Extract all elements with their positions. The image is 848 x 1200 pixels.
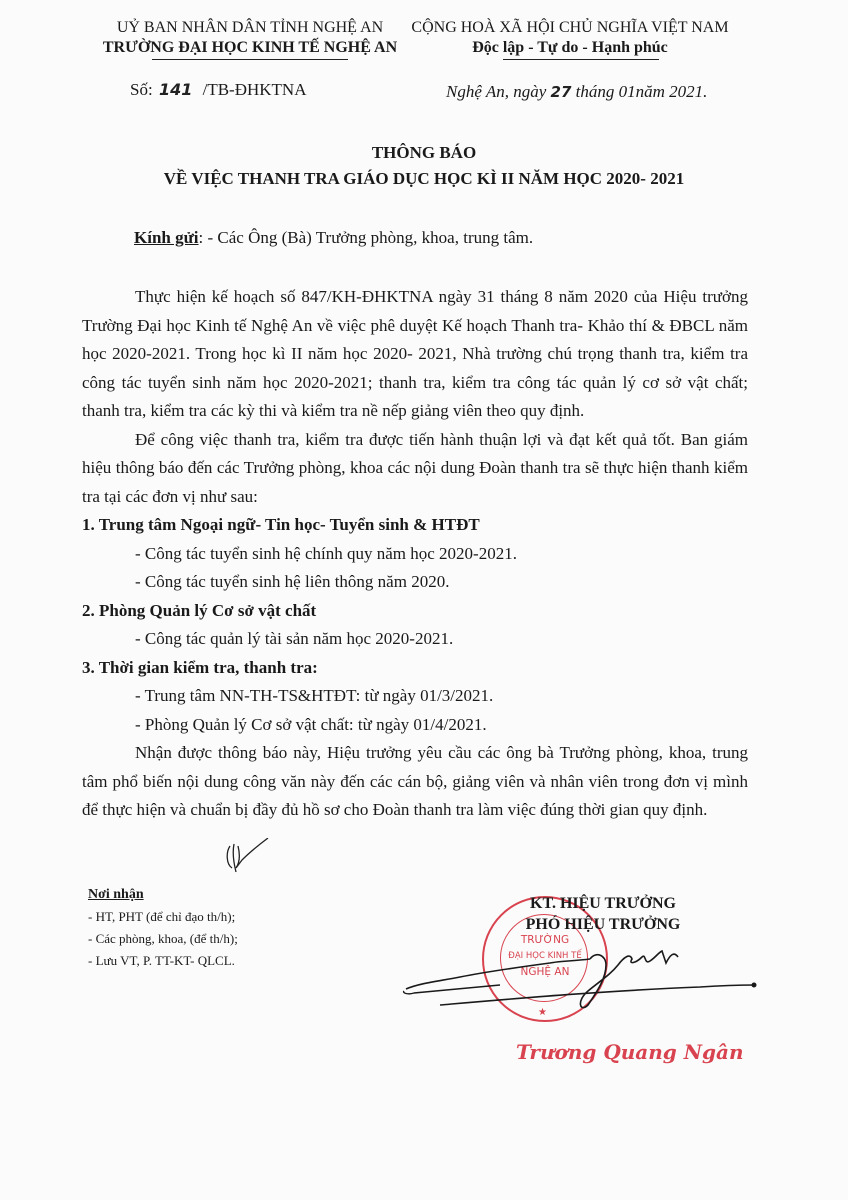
receiver-item: - Lưu VT, P. TT-KT- QLCL. xyxy=(88,950,238,972)
section-3-heading: 3. Thời gian kiểm tra, thanh tra: xyxy=(82,654,748,683)
recipient-text: : - Các Ông (Bà) Trưởng phòng, khoa, tru… xyxy=(199,228,534,247)
signature-role-1: KT. HIỆU TRƯỞNG xyxy=(430,893,776,914)
date-day-handwritten: 27 xyxy=(551,83,572,101)
document-title: THÔNG BÁO VỀ VIỆC THANH TRA GIÁO DỤC HỌC… xyxy=(0,140,848,192)
section-1-item-2: - Công tác tuyển sinh hệ liên thông năm … xyxy=(82,568,748,597)
signature-role-2: PHÓ HIỆU TRƯỞNG xyxy=(430,914,776,935)
section-1-heading: 1. Trung tâm Ngoại ngữ- Tin học- Tuyển s… xyxy=(82,511,748,540)
title-line-1: THÔNG BÁO xyxy=(0,140,848,166)
section-3-item-1: - Trung tâm NN-TH-TS&HTĐT: từ ngày 01/3/… xyxy=(82,682,748,711)
signature-scribble-icon xyxy=(400,945,760,1015)
header-left: UỶ BAN NHÂN DÂN TỈNH NGHỆ AN TRƯỜNG ĐẠI … xyxy=(100,18,400,58)
number-handwritten: 141 xyxy=(159,80,192,99)
nation-name: CỘNG HOÀ XÃ HỘI CHỦ NGHĨA VIỆT NAM xyxy=(400,18,740,38)
paragraph-1: Thực hiện kế hoạch số 847/KH-ĐHKTNA ngày… xyxy=(82,283,748,426)
authority-name: UỶ BAN NHÂN DÂN TỈNH NGHỆ AN xyxy=(100,18,400,38)
section-2-heading: 2. Phòng Quản lý Cơ sở vật chất xyxy=(82,597,748,626)
motto: Độc lập - Tự do - Hạnh phúc xyxy=(400,38,740,58)
document-body: Thực hiện kế hoạch số 847/KH-ĐHKTNA ngày… xyxy=(82,283,748,825)
paragraph-2: Để công việc thanh tra, kiểm tra được ti… xyxy=(82,426,748,512)
section-1-item-1: - Công tác tuyển sinh hệ chính quy năm h… xyxy=(82,540,748,569)
title-line-2: VỀ VIỆC THANH TRA GIÁO DỤC HỌC KÌ II NĂM… xyxy=(0,166,848,192)
signer-name: Trương Quang Ngân xyxy=(516,1040,744,1064)
paragraph-3: Nhận được thông báo này, Hiệu trưởng yêu… xyxy=(82,739,748,825)
motto-underline xyxy=(503,59,659,60)
receiver-item: - Các phòng, khoa, (để th/h); xyxy=(88,928,238,950)
initial-mark-icon xyxy=(222,838,272,878)
receivers-label: Nơi nhận xyxy=(88,884,238,906)
header-right: CỘNG HOÀ XÃ HỘI CHỦ NGHĨA VIỆT NAM Độc l… xyxy=(400,18,740,58)
receiver-item: - HT, PHT (để chỉ đạo th/h); xyxy=(88,906,238,928)
signature-roles: KT. HIỆU TRƯỞNG PHÓ HIỆU TRƯỞNG xyxy=(430,893,776,935)
institution-name: TRƯỜNG ĐẠI HỌC KINH TẾ NGHỆ AN xyxy=(100,38,400,58)
section-2-item-1: - Công tác quản lý tài sản năm học 2020-… xyxy=(82,625,748,654)
document-date: Nghệ An, ngày 27 tháng 01năm 2021. xyxy=(446,82,707,102)
institution-underline xyxy=(152,59,348,60)
recipient-line: Kính gửi: - Các Ông (Bà) Trưởng phòng, k… xyxy=(134,228,533,248)
section-3-item-2: - Phòng Quản lý Cơ sở vật chất: từ ngày … xyxy=(82,711,748,740)
receivers-block: Nơi nhận - HT, PHT (để chỉ đạo th/h); - … xyxy=(88,884,238,972)
document-number: Số: 141 /TB-ĐHKTNA xyxy=(130,80,306,100)
recipient-label: Kính gửi xyxy=(134,228,199,247)
